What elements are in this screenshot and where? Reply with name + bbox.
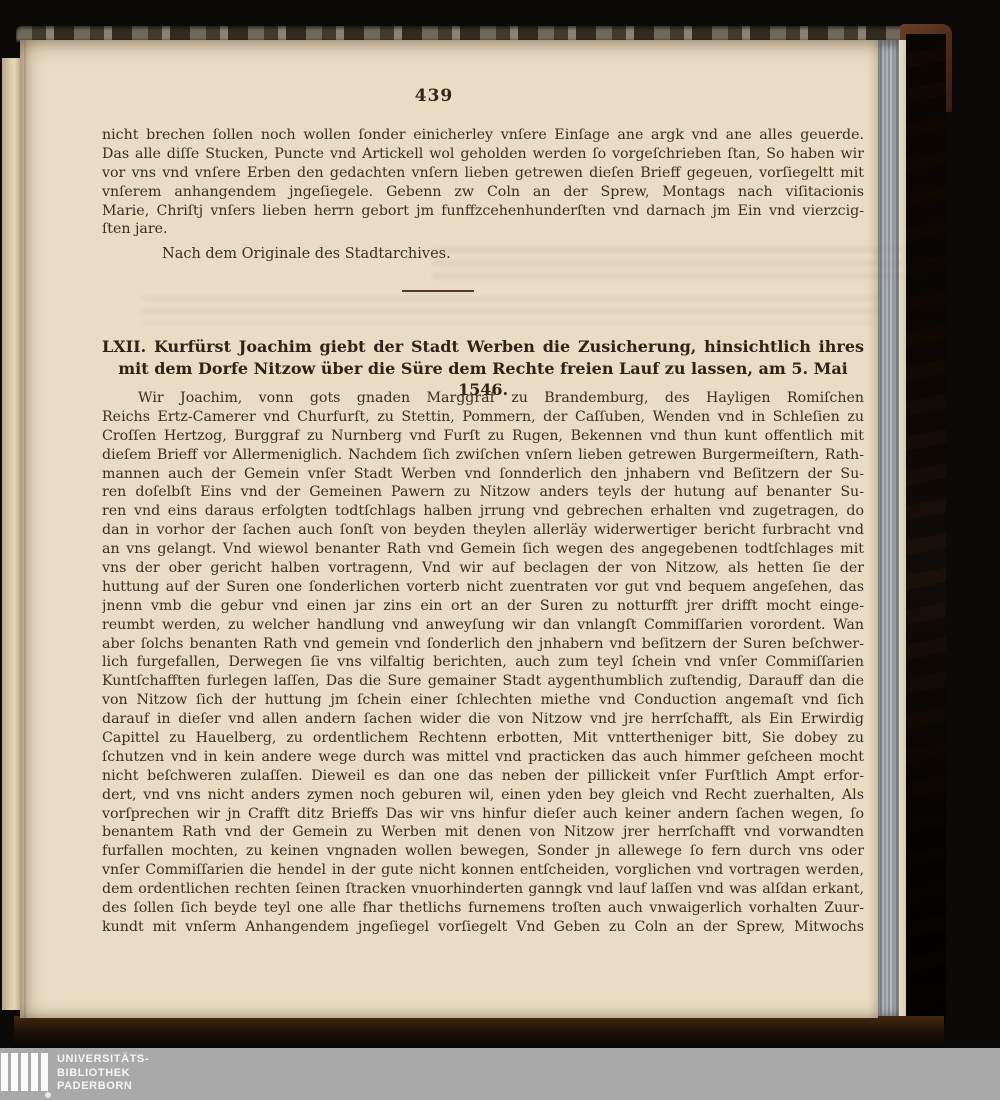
source-note: Nach dem Originale des Stadtarchives. (162, 246, 451, 262)
text-line: ſten jare. (102, 220, 864, 239)
text-line: lich furgefallen, Derwegen ſie vns vilfa… (102, 653, 864, 672)
text-line: vns der ober gericht halben vortragenn, … (102, 559, 864, 578)
scanned-book-photo: { "page_number": "439", "paragraph_end":… (0, 0, 1000, 1100)
left-page-stack-edge (2, 58, 20, 1010)
text-line: dert, vnd vns nicht anders zymen noch ge… (102, 786, 864, 805)
text-line: furfallen mochten, zu keinen vngnaden wo… (102, 842, 864, 861)
text-line: dieſem Brieff vor Allermeniglich. Nachde… (102, 446, 864, 465)
page-gutter-crease (24, 40, 27, 1018)
text-line: vor vns vnd vnſere Erben den gedachten v… (102, 164, 864, 183)
section-divider-rule (402, 290, 474, 292)
page-content: 439 nicht brechen ſollen noch wollen ſon… (102, 40, 864, 1018)
section-heading-line1: LXII. Kurfürst Joachim giebt der Stadt W… (102, 336, 864, 358)
library-logo-icon (1, 1053, 55, 1097)
bleedthrough-smudge (432, 248, 902, 282)
text-line: darauf in dieſer vnd allen andern ſachen… (102, 710, 864, 729)
text-line: nicht beſchweren zulaſſen. Dieweil es da… (102, 767, 864, 786)
text-line: kundt mit vnſerm Anhangendem jngeſiegel … (102, 918, 864, 937)
text-line: ſchutzen vnd in kein andere wege durch w… (102, 748, 864, 767)
text-line: jnenn vmb die gebur vnd einen jar zins e… (102, 597, 864, 616)
text-line: vorſprechen wir jn Crafft ditz Brieffs D… (102, 805, 864, 824)
text-line: vnſerem anhangendem jngeſiegele. Gebenn … (102, 183, 864, 202)
text-line: von Nitzow ſich der huttung jm ſchein ei… (102, 691, 864, 710)
text-line: an vns gelangt. Vnd wiewol benanter Rath… (102, 540, 864, 559)
book-cover-right-edge (906, 34, 946, 1024)
bleedthrough-smudge (142, 296, 882, 324)
library-name-line1: UNIVERSITÄTS- (57, 1053, 149, 1067)
text-line: dem ordentlichen rechten ſeinen ſtracken… (102, 880, 864, 899)
library-name: UNIVERSITÄTS- BIBLIOTHEK PADERBORN (57, 1053, 149, 1094)
library-name-line3: PADERBORN (57, 1080, 149, 1094)
text-line: Croſſen Hertzog, Burggraf zu Nurnberg vn… (102, 427, 864, 446)
text-line: Reichs Ertz-Camerer vnd Churfurſt, zu St… (102, 408, 864, 427)
library-name-line2: BIBLIOTHEK (57, 1067, 149, 1081)
text-line: benantem Rath vnd der Gemein zu Werben m… (102, 823, 864, 842)
book-bottom-edge (14, 1016, 944, 1050)
text-line: Kuntſchafften furlegen laſſen, Das die S… (102, 672, 864, 691)
text-line: Capittel zu Hauelberg, zu ordentlichem R… (102, 729, 864, 748)
text-line: reumbt werden, zu welcher handlung vnd a… (102, 616, 864, 635)
charter-body-text: Wir Joachim, vonn gots gnaden Marggraf z… (102, 389, 864, 937)
text-line: aber ſolchs benanten Rath vnd gemein vnd… (102, 635, 864, 654)
paragraph-continuation: nicht brechen ſollen noch wollen ſonder … (102, 126, 864, 239)
page-fore-edge-highlight (899, 40, 906, 1020)
text-line: mannen auch der Gemein vnſer Stadt Werbe… (102, 465, 864, 484)
text-line: Das alle diſſe Stucken, Puncte vnd Artic… (102, 145, 864, 164)
text-line: des ſollen ſich beyde teyl one alle fhar… (102, 899, 864, 918)
page-number: 439 (102, 86, 766, 106)
text-line: dan in vorhor der ſachen auch ſonſt von … (102, 521, 864, 540)
text-line: huttung auf der Suren one ſonderlichen v… (102, 578, 864, 597)
library-banner: UNIVERSITÄTS- BIBLIOTHEK PADERBORN (0, 1048, 1000, 1100)
text-line: ren doſelbſt Eins vnd der Gemeinen Pawer… (102, 483, 864, 502)
text-line: nicht brechen ſollen noch wollen ſonder … (102, 126, 864, 145)
text-line: Wir Joachim, vonn gots gnaden Marggraf z… (102, 389, 864, 408)
book-page: 439 nicht brechen ſollen noch wollen ſon… (20, 40, 878, 1018)
page-fore-edge (878, 40, 899, 1020)
text-line: Marie, Chriſtj vnſers lieben herrn gebor… (102, 202, 864, 221)
text-line: vnſer Commiſſarien die hendel in der gut… (102, 861, 864, 880)
text-line: ren vnd eins daraus erfolgten todtſchlag… (102, 502, 864, 521)
